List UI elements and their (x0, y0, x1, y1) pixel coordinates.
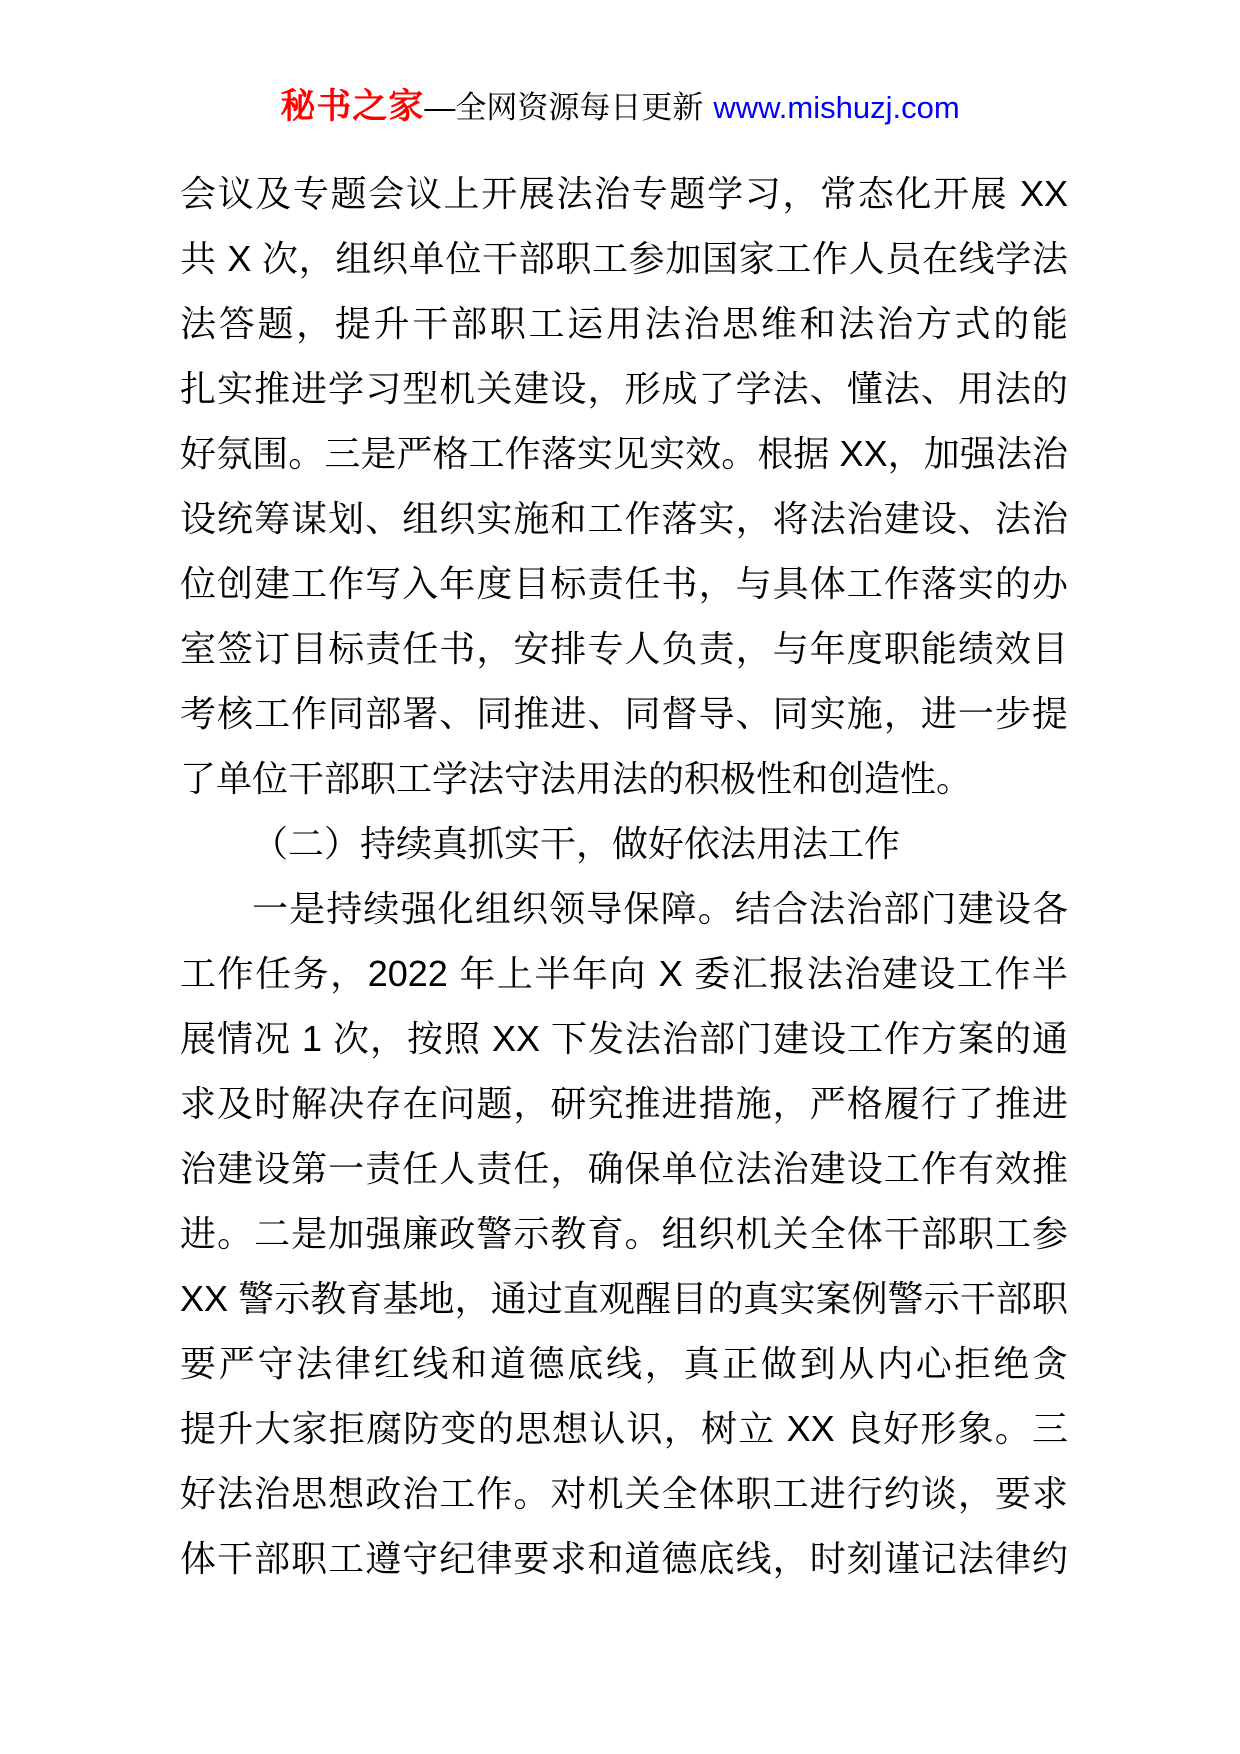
document-line: 求及时解决存在问题，研究推进措施，严格履行了推进法 (180, 1071, 1068, 1136)
document-line: 好氛围。三是严格工作落实见实效。根据 XX，加强法治建 (180, 421, 1068, 486)
document-page: 秘书之家—全网资源每日更新www.mishuzj.com 会议及专题会议上开展法… (0, 0, 1240, 1754)
document-line: 进。二是加强廉政警示教育。组织机关全体干部职工参观 (180, 1201, 1068, 1266)
document-body: 会议及专题会议上开展法治专题学习，常态化开展 XX 学习共 X 次，组织单位干部… (180, 161, 1068, 1591)
document-line: 位创建工作写入年度目标责任书，与具体工作落实的办公 (180, 551, 1068, 616)
document-line: 法答题，提升干部职工运用法治思维和法治方式的能力， (180, 291, 1068, 356)
document-line: 室签订目标责任书，安排专人负责，与年度职能绩效目标 (180, 616, 1068, 681)
document-line: 设统筹谋划、组织实施和工作落实，将法治建设、法治单 (180, 486, 1068, 551)
document-line: 工作任务，2022 年上半年向 X 委汇报法治建设工作半年开 (180, 941, 1068, 1006)
document-line: 一是持续强化组织领导保障。结合法治部门建设各项 (180, 876, 1068, 941)
document-line: 展情况 1 次，按照 XX 下发法治部门建设工作方案的通知要 (180, 1006, 1068, 1071)
site-header: 秘书之家—全网资源每日更新www.mishuzj.com (0, 0, 1240, 137)
document-line: 要严守法律红线和道德底线，真正做到从内心拒绝贪腐， (180, 1331, 1068, 1396)
header-tagline: 全网资源每日更新 (455, 90, 703, 125)
document-line: 体干部职工遵守纪律要求和道德底线，时刻谨记法律约束 (180, 1526, 1068, 1591)
header-separator: — (424, 90, 455, 125)
document-line: 提升大家拒腐防变的思想认识，树立 XX 良好形象。三是抓 (180, 1396, 1068, 1461)
document-line: 治建设第一责任人责任，确保单位法治建设工作有效推 (180, 1136, 1068, 1201)
document-line: XX 警示教育基地，通过直观醒目的真实案例警示干部职工 (180, 1266, 1068, 1331)
site-name: 秘书之家 (280, 87, 424, 126)
site-url: www.mishuzj.com (713, 90, 959, 125)
section-heading: （二）持续真抓实干，做好依法用法工作 (180, 811, 1068, 876)
document-line: 了单位干部职工学法守法用法的积极性和创造性。 (180, 746, 1068, 811)
document-line: 好法治思想政治工作。对机关全体职工进行约谈，要求全 (180, 1461, 1068, 1526)
document-line: 共 X 次，组织单位干部职工参加国家工作人员在线学法用 (180, 226, 1068, 291)
document-line: 考核工作同部署、同推进、同督导、同实施，进一步提升 (180, 681, 1068, 746)
document-line: 会议及专题会议上开展法治专题学习，常态化开展 XX 学习 (180, 161, 1068, 226)
document-line: 扎实推进学习型机关建设，形成了学法、懂法、用法的良 (180, 356, 1068, 421)
